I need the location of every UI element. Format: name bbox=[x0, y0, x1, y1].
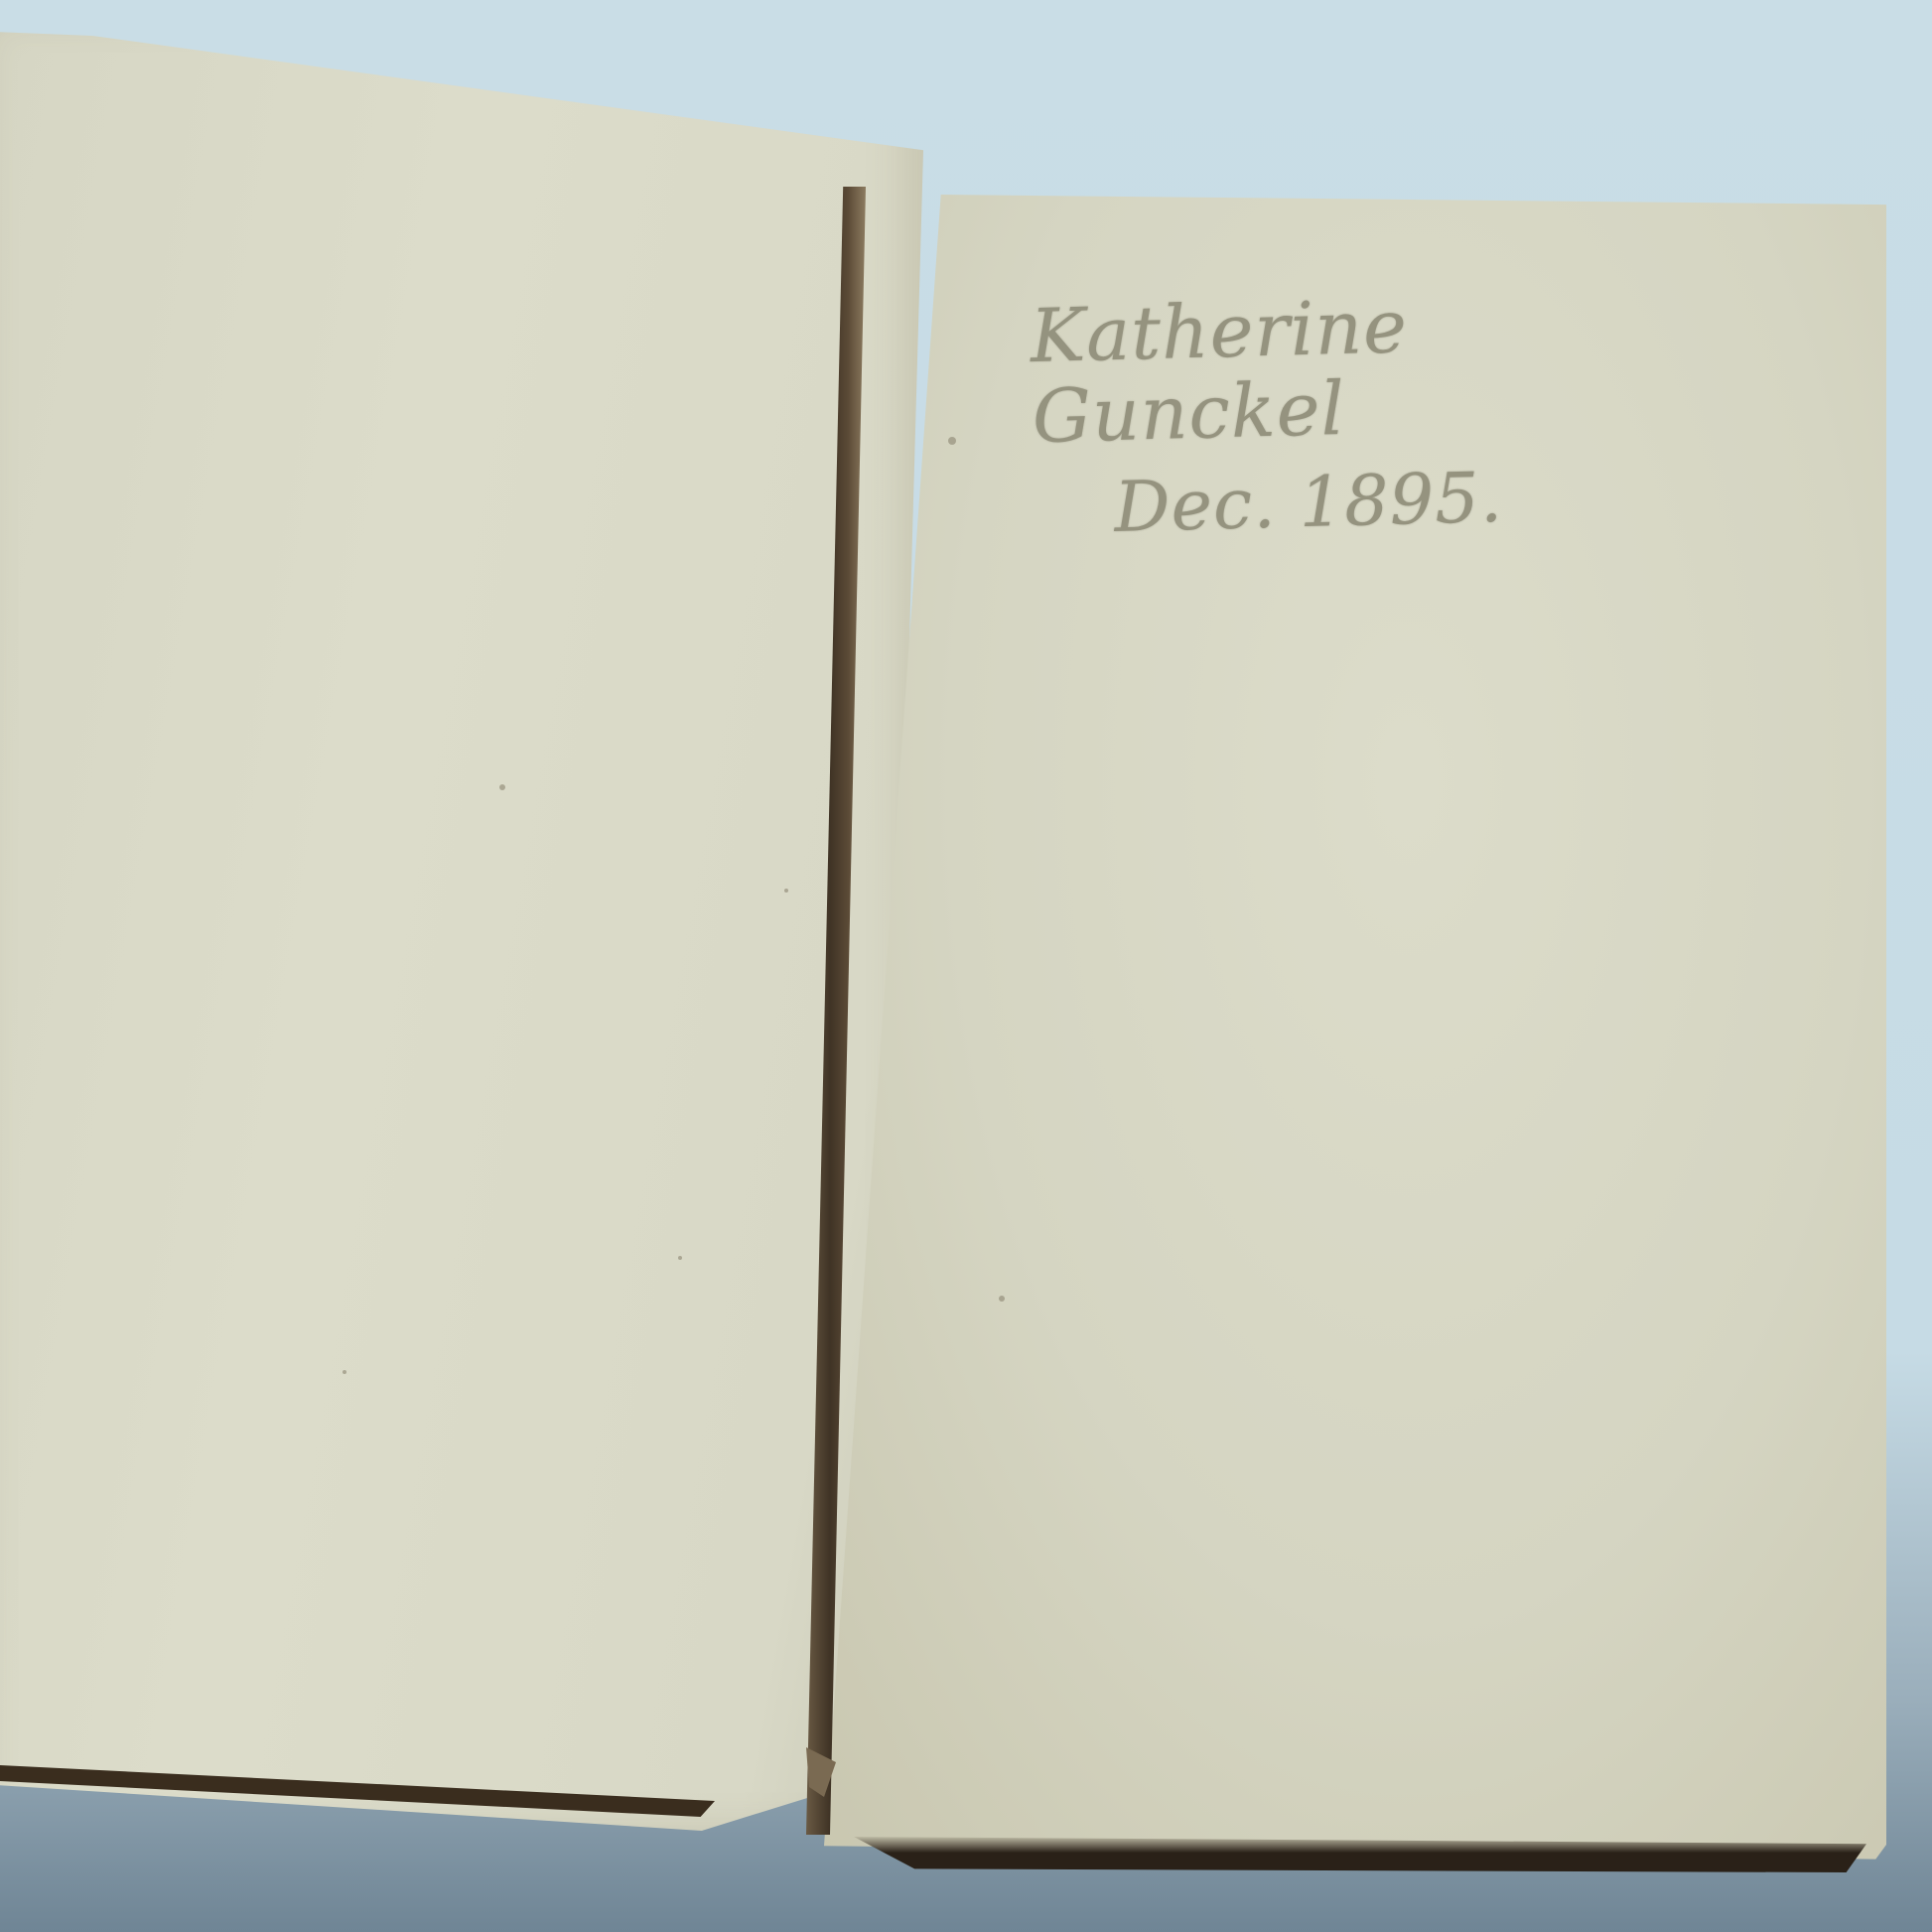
foxing-spot bbox=[999, 1296, 1005, 1302]
foxing-spot bbox=[499, 784, 505, 790]
handwritten-inscription: Katherine Gunckel Dec. 1895. bbox=[1030, 279, 1730, 550]
foxing-spot bbox=[678, 1256, 682, 1260]
inscription-name: Katherine Gunckel bbox=[1030, 279, 1728, 459]
foxing-spot bbox=[784, 889, 788, 893]
left-endpaper-page bbox=[0, 14, 923, 1831]
photo-scene: Katherine Gunckel Dec. 1895. bbox=[0, 0, 1932, 1932]
foxing-spot bbox=[948, 437, 956, 445]
inscription-date: Dec. 1895. bbox=[1113, 451, 1730, 548]
foxing-spot bbox=[343, 1370, 346, 1374]
